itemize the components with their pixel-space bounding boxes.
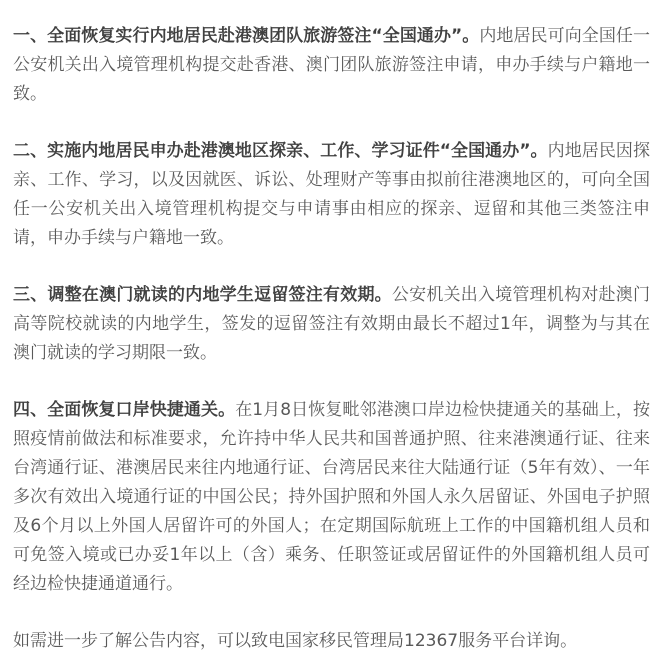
- announcement-paragraph-2: 二、实施内地居民申办赴港澳地区探亲、工作、学习证件“全国通办”。内地居民因探亲、…: [13, 137, 650, 253]
- announcement-document: 一、全面恢复实行内地居民赴港澳团队旅游签注“全国通办”。内地居民可向全国任一公安…: [0, 0, 663, 662]
- paragraph-3-heading: 三、调整在澳门就读的内地学生逗留签注有效期。: [13, 285, 392, 305]
- paragraph-1-heading: 一、全面恢复实行内地居民赴港澳团队旅游签注“全国通办”。: [13, 26, 479, 46]
- announcement-paragraph-5: 如需进一步了解公告内容，可以致电国家移民管理局12367服务平台详询。: [13, 627, 650, 656]
- announcement-paragraph-4: 四、全面恢复口岸快捷通关。在1月8日恢复毗邻港澳口岸边检快捷通关的基础上，按照疫…: [13, 396, 650, 599]
- announcement-paragraph-1: 一、全面恢复实行内地居民赴港澳团队旅游签注“全国通办”。内地居民可向全国任一公安…: [13, 22, 650, 109]
- paragraph-5-body: 如需进一步了解公告内容，可以致电国家移民管理局12367服务平台详询。: [13, 631, 577, 651]
- announcement-paragraph-3: 三、调整在澳门就读的内地学生逗留签注有效期。公安机关出入境管理机构对赴澳门高等院…: [13, 281, 650, 368]
- paragraph-2-heading: 二、实施内地居民申办赴港澳地区探亲、工作、学习证件“全国通办”。: [13, 141, 548, 161]
- paragraph-4-heading: 四、全面恢复口岸快捷通关。: [13, 400, 235, 420]
- paragraph-4-body: 在1月8日恢复毗邻港澳口岸边检快捷通关的基础上，按照疫情前做法和标准要求，允许持…: [13, 400, 650, 594]
